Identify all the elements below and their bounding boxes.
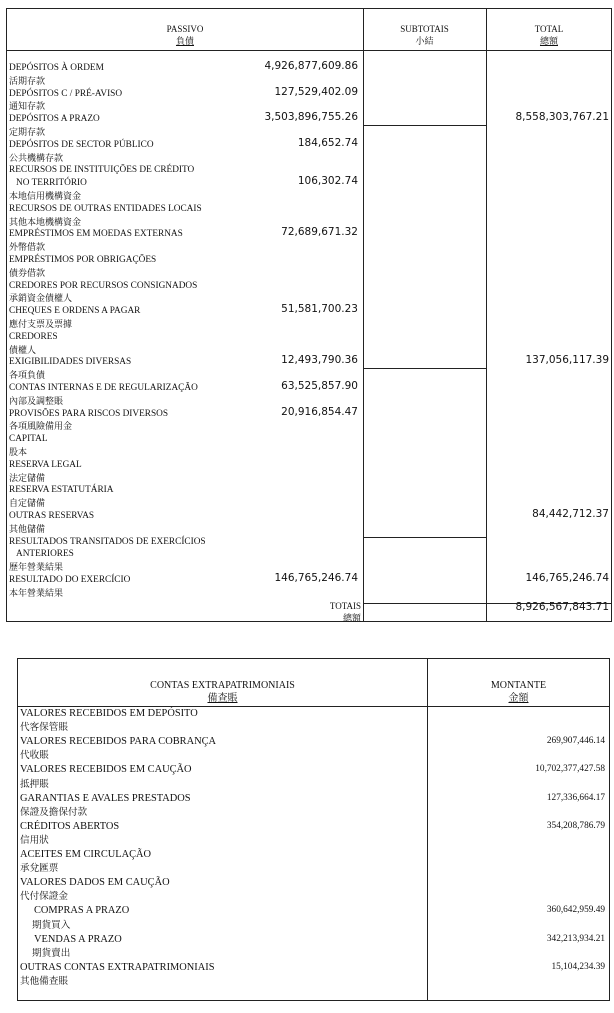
row-label: RESULTADO DO EXERCÍCIO	[9, 574, 130, 587]
amount-value: 360,642,959.49	[547, 905, 605, 915]
total-value: 146,765,246.74	[526, 572, 610, 584]
subtotal-rule	[363, 368, 486, 369]
row-label-zh: 應付支票及票據	[9, 318, 72, 331]
row-label: RESULTADOS TRANSITADOS DE EXERCÍCIOS	[9, 536, 206, 549]
row-label-zh: 債權人	[9, 344, 36, 357]
subtotais-header: SUBTOTAIS 小結	[363, 23, 486, 47]
row-label: GARANTIAS E AVALES PRESTADOS	[20, 792, 191, 806]
row-label-zh: 代收賬	[20, 749, 49, 763]
row-label-zh: 歷年營業結果	[9, 561, 63, 574]
row-label-zh: 承兌匯票	[20, 862, 58, 876]
subtotal-rule	[363, 125, 486, 126]
amount-value: 269,907,446.14	[547, 736, 605, 746]
column-divider	[427, 659, 428, 1000]
subtotal-value: 63,525,857.90	[281, 380, 358, 392]
row-label-zh: 各項風險備用金	[9, 420, 72, 433]
off-balance-table: CONTAS EXTRAPATRIMONIAIS 備查賬 MONTANTE 金額…	[17, 658, 610, 1001]
liabilities-table: PASSIVO 負債 SUBTOTAIS 小結 TOTAL 總額 DEPÓSIT…	[6, 8, 612, 622]
total-value: 137,056,117.39	[526, 354, 610, 366]
row-label-zh: 內部及調整賬	[9, 395, 63, 408]
row-label: CHEQUES E ORDENS A PAGAR	[9, 305, 140, 318]
row-label: EXIGIBILIDADES DIVERSAS	[9, 356, 131, 369]
total-header: TOTAL 總額	[486, 23, 612, 47]
column-divider	[363, 9, 364, 621]
row-label: VALORES RECEBIDOS PARA COBRANÇA	[20, 735, 216, 749]
amount-value: 127,336,664.17	[547, 793, 605, 803]
row-label: DEPÓSITOS A PRAZO	[9, 113, 100, 126]
row-label: EMPRÉSTIMOS POR OBRIGAÇÕES	[9, 254, 156, 267]
contas-header: CONTAS EXTRAPATRIMONIAIS 備查賬	[18, 679, 427, 705]
subtotal-value: 51,581,700.23	[281, 303, 358, 315]
row-label: CREDORES	[9, 331, 58, 344]
row-label-zh: 其他備查賬	[20, 975, 68, 989]
row-label: CRÉDITOS ABERTOS	[20, 820, 119, 834]
header-label-zh: 小結	[363, 35, 486, 47]
subtotal-value: 127,529,402.09	[275, 86, 359, 98]
amount-value: 354,208,786.79	[547, 821, 605, 831]
row-label: EMPRÉSTIMOS EM MOEDAS EXTERNAS	[9, 228, 183, 241]
row-label-zh: 抵押賬	[20, 778, 49, 792]
totals-label-pt: TOTAIS	[330, 601, 361, 611]
header-label: MONTANTE	[427, 679, 610, 692]
row-label-zh: 代客保管賬	[20, 721, 68, 735]
row-label: RECURSOS DE OUTRAS ENTIDADES LOCAIS	[9, 203, 202, 216]
row-label: RESERVA ESTATUTÁRIA	[9, 484, 114, 497]
amount-value: 342,213,934.21	[547, 934, 605, 944]
row-label-zh: 其他儲備	[9, 523, 45, 536]
header-label-zh: 負債	[7, 35, 363, 47]
row-label: CREDORES POR RECURSOS CONSIGNADOS	[9, 280, 197, 293]
row-label-zh: 通知存款	[9, 100, 45, 113]
row-label: RECURSOS DE INSTITUIÇÕES DE CRÉDITO	[9, 164, 194, 177]
row-label-zh: 法定儲備	[9, 472, 45, 485]
subtotal-value: 3,503,896,755.26	[264, 111, 358, 123]
row-label-zh: 公共機構存款	[9, 152, 63, 165]
montante-header: MONTANTE 金額	[427, 679, 610, 705]
subtotal-value: 184,652.74	[298, 137, 358, 149]
header-label: PASSIVO	[7, 23, 363, 35]
row-label-zh: 承銷資金債權人	[9, 292, 72, 305]
row-label: DEPÓSITOS DE SECTOR PÚBLICO	[9, 139, 154, 152]
amount-value: 15,104,234.39	[552, 962, 605, 972]
subtotal-value: 12,493,790.36	[281, 354, 358, 366]
row-label-zh: 代付保證金	[20, 890, 68, 904]
passivo-header: PASSIVO 負債	[7, 23, 363, 47]
subtotal-value: 72,689,671.32	[281, 226, 358, 238]
row-label-zh: 其他本地機構資金	[9, 216, 81, 229]
subtotal-value: 4,926,877,609.86	[264, 60, 358, 72]
row-label-zh: 定期存款	[9, 126, 45, 139]
row-label: VALORES RECEBIDOS EM CAUÇÃO	[20, 763, 192, 777]
total-value: 84,442,712.37	[532, 508, 609, 520]
row-label-zh: 各項負債	[9, 369, 45, 382]
row-label: OUTRAS CONTAS EXTRAPATRIMONIAIS	[20, 961, 215, 975]
header-label-zh: 備查賬	[18, 692, 427, 705]
row-label: OUTRAS RESERVAS	[9, 510, 94, 523]
row-label: PROVISÕES PARA RISCOS DIVERSOS	[9, 408, 168, 421]
header-label-zh: 金額	[427, 692, 610, 705]
row-label-zh: 自定儲備	[9, 497, 45, 510]
row-label: RESERVA LEGAL	[9, 459, 82, 472]
subtotal-value: 106,302.74	[298, 175, 358, 187]
row-label-zh: 活期存款	[9, 75, 45, 88]
row-label: VALORES DADOS EM CAUÇÃO	[20, 876, 170, 890]
header-divider	[7, 50, 611, 51]
amount-value: 10,702,377,427.58	[535, 764, 605, 774]
row-label-zh: 期貨買入	[20, 919, 70, 933]
row-label-zh: 債券借款	[9, 267, 45, 280]
header-label-zh: 總額	[486, 35, 612, 47]
row-label-zh: 期貨賣出	[20, 947, 70, 961]
row-label: ANTERIORES	[9, 548, 74, 561]
row-label: CONTAS INTERNAS E DE REGULARIZAÇÃO	[9, 382, 198, 395]
header-label: CONTAS EXTRAPATRIMONIAIS	[18, 679, 427, 692]
row-label: VENDAS A PRAZO	[20, 933, 122, 947]
row-label-zh: 外幣借款	[9, 241, 45, 254]
row-label-zh: 保證及擔保付款	[20, 806, 87, 820]
row-label: CAPITAL	[9, 433, 48, 446]
row-label: DEPÓSITOS C / PRÉ-AVISO	[9, 88, 122, 101]
totals-rule	[363, 603, 611, 604]
row-label-zh: 股本	[9, 446, 27, 459]
row-label: COMPRAS A PRAZO	[20, 904, 129, 918]
totals-label: TOTAIS 總額	[330, 601, 361, 624]
header-label: TOTAL	[486, 23, 612, 35]
total-value: 8,558,303,767.21	[515, 111, 609, 123]
row-label-zh: 本地信用機構資金	[9, 190, 81, 203]
subtotal-rule	[363, 537, 486, 538]
row-label: DEPÓSITOS À ORDEM	[9, 62, 104, 75]
row-label-zh: 本年營業結果	[9, 587, 63, 600]
totals-label-zh: 總額	[330, 611, 361, 624]
row-label: ACEITES EM CIRCULAÇÃO	[20, 848, 151, 862]
row-label: NO TERRITÓRIO	[9, 177, 87, 190]
row-label-zh: 信用狀	[20, 834, 49, 848]
subtotal-value: 146,765,246.74	[275, 572, 359, 584]
column-divider	[486, 9, 487, 621]
header-label: SUBTOTAIS	[363, 23, 486, 35]
row-label: VALORES RECEBIDOS EM DEPÓSITO	[20, 707, 198, 721]
subtotal-value: 20,916,854.47	[281, 406, 358, 418]
